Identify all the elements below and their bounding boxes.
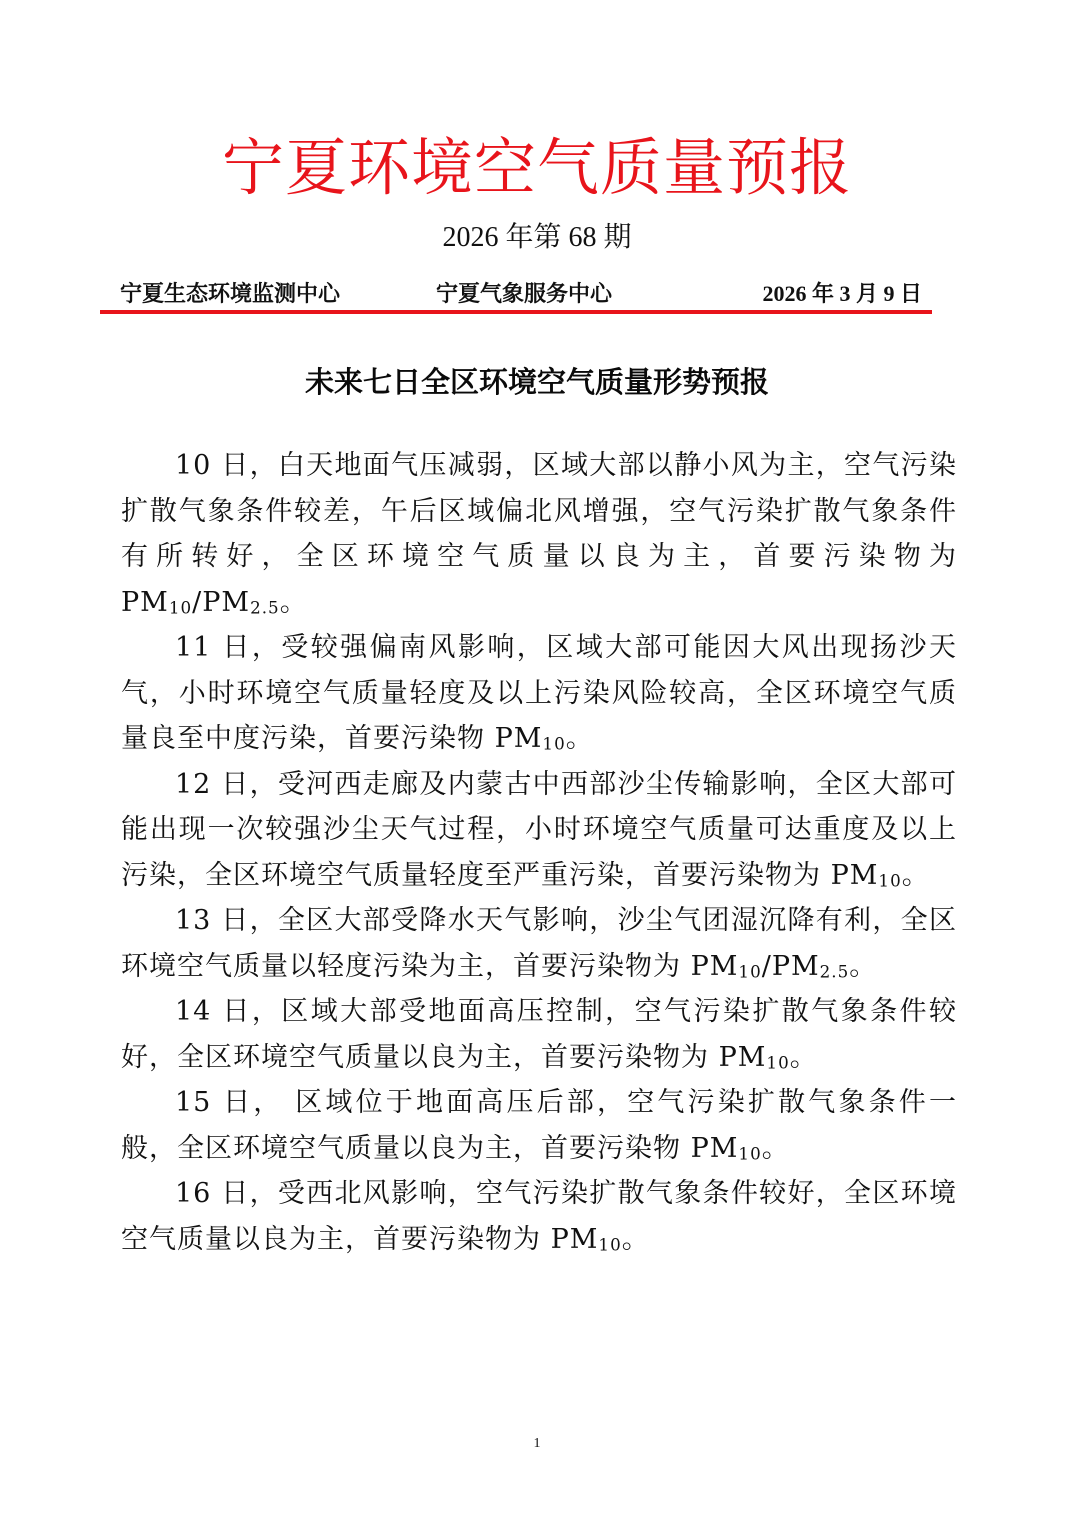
primary-pollutant: PM10/PM2.5: [121, 587, 280, 618]
primary-pollutant: PM10: [551, 1224, 622, 1255]
primary-pollutant: PM10: [831, 860, 902, 891]
forecast-paragraph: 15 日， 区域位于地面高压后部，空气污染扩散气象条件一般，全区环境空气质量以良…: [121, 1080, 957, 1171]
red-divider-rule: [100, 310, 932, 314]
forecast-paragraph: 12 日，受河西走廊及内蒙古中西部沙尘传输影响，全区大部可能出现一次较强沙尘天气…: [121, 762, 957, 899]
publisher-meteorological-center: 宁夏气象服务中心: [436, 276, 612, 312]
article-headline: 未来七日全区环境空气质量形势预报: [0, 360, 1074, 404]
primary-pollutant: PM10: [495, 723, 566, 754]
forecast-day: 13 日: [175, 905, 250, 936]
primary-pollutant: PM10: [691, 1133, 762, 1164]
forecast-paragraph: 16 日，受西北风影响，空气污染扩散气象条件较好，全区环境空气质量以良为主，首要…: [121, 1171, 957, 1262]
forecast-paragraph: 14 日，区域大部受地面高压控制，空气污染扩散气象条件较好，全区环境空气质量以良…: [121, 989, 957, 1080]
article-body: 10 日，白天地面气压减弱，区域大部以静小风为主，空气污染扩散气象条件较差，午后…: [121, 443, 957, 1262]
forecast-day: 15 日: [175, 1087, 253, 1118]
forecast-day: 11 日: [175, 632, 252, 663]
forecast-paragraph: 11 日，受较强偏南风影响，区域大部可能因大风出现扬沙天气，小时环境空气质量轻度…: [121, 625, 957, 762]
forecast-day: 16 日: [175, 1178, 250, 1209]
forecast-day: 12 日: [175, 769, 250, 800]
masthead-title: 宁夏环境空气质量预报: [0, 128, 1074, 208]
publish-date: 2026 年 3 月 9 日: [762, 276, 922, 312]
issue-number: 2026 年第 68 期: [0, 218, 1074, 258]
primary-pollutant: PM10/PM2.5: [691, 951, 850, 982]
publisher-monitoring-center: 宁夏生态环境监测中心: [120, 276, 340, 312]
primary-pollutant: PM10: [719, 1042, 790, 1073]
page-number: 1: [0, 1436, 1074, 1452]
forecast-day: 14 日: [175, 996, 252, 1027]
forecast-day: 10 日: [175, 450, 250, 481]
byline: 宁夏生态环境监测中心 宁夏气象服务中心 2026 年 3 月 9 日: [120, 276, 930, 312]
forecast-paragraph: 13 日，全区大部受降水天气影响，沙尘气团湿沉降有利，全区环境空气质量以轻度污染…: [121, 898, 957, 989]
forecast-paragraph: 10 日，白天地面气压减弱，区域大部以静小风为主，空气污染扩散气象条件较差，午后…: [121, 443, 957, 625]
